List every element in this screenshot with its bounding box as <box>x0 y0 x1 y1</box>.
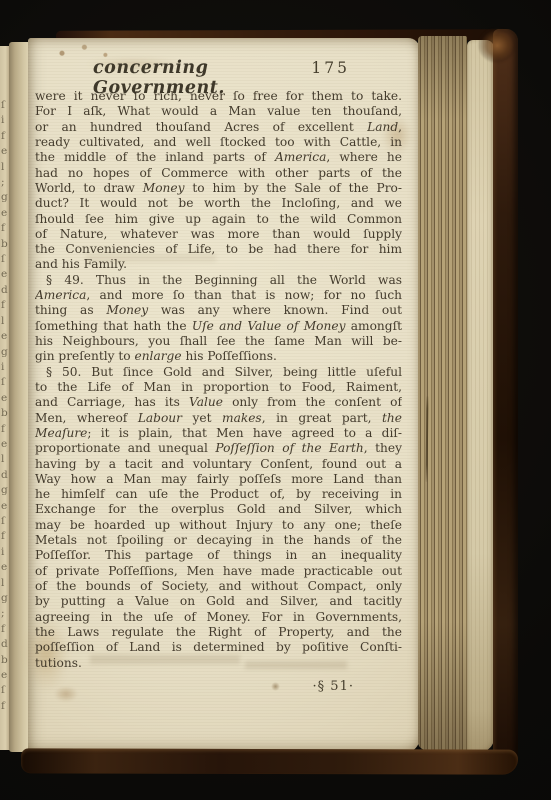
body-lines: were it never ſo rich, never ſo free for… <box>35 89 402 671</box>
book-page: concerning Government. 175 were it never… <box>28 38 420 753</box>
book-photo: ſ i f e l ; g e f b ſ e d f l e g i ſ e … <box>0 0 551 800</box>
text-line: may be hoarded up without Injury to any … <box>35 518 402 533</box>
text-line: World, to draw Money to him by the Sale … <box>35 181 402 196</box>
next-section-mark: ·§ 51· <box>35 679 402 694</box>
page-number: 175 <box>311 59 350 77</box>
text-line: ſhould ſee him give up again to the wild… <box>35 212 402 227</box>
text-line: and his Family. <box>35 257 402 272</box>
text-line: or an hundred thouſand Acres of excellen… <box>35 120 402 135</box>
cover-right-edge <box>493 29 518 773</box>
text-line: having by a tacit and voluntary Conſent,… <box>35 457 402 472</box>
text-line: poſſeſſion of Land is determined by poſi… <box>35 640 402 655</box>
text-line: were it never ſo rich, never ſo free for… <box>35 89 402 104</box>
text-line: by putting a Value on Gold and Silver, a… <box>35 594 402 609</box>
text-line: the Laws regulate the Right of Property,… <box>35 625 402 640</box>
text-line: Meaſure; it is plain, that Men have agre… <box>35 426 402 441</box>
fore-edge-pages <box>418 36 467 750</box>
cover-bottom-edge <box>21 748 518 774</box>
text-line: of Nature, whatever was more than would … <box>35 227 402 242</box>
text-line: tutions. <box>35 656 402 671</box>
text-line: § 49. Thus in the Beginning all the Worl… <box>35 273 402 288</box>
text-line: ſomething that hath the Uſe and Value of… <box>35 319 402 334</box>
text-line: gin preſently to enlarge his Poſſeſſions… <box>35 349 402 364</box>
text-line: to the Life of Man in proportion to Food… <box>35 380 402 395</box>
text-line: the middle of the inland parts of Americ… <box>35 150 402 165</box>
text-line: and Carriage, has its Value only from th… <box>35 395 402 410</box>
text-line: Men, whereof Labour yet makes, in great … <box>35 411 402 426</box>
text-line: America, and more ſo than that is now; f… <box>35 288 402 303</box>
text-line: proportionate and unequal Poſſeſſion of … <box>35 441 402 456</box>
text-line: agreeing in the uſe of Money. For in Gov… <box>35 610 402 625</box>
text-line: § 50. But ſince Gold and Silver, being l… <box>35 365 402 380</box>
text-line: ready cultivated, and well ſtocked too w… <box>35 135 402 150</box>
text-line: of private Poſſeſſions, Men have made pr… <box>35 564 402 579</box>
text-line: duct? It would not be worth the Incloſin… <box>35 196 402 211</box>
text-block: concerning Government. 175 were it never… <box>35 58 402 694</box>
text-line: Exchange for the overplus Gold and Silve… <box>35 502 402 517</box>
text-line: had no hopes of Commerce with other part… <box>35 166 402 181</box>
text-line: his Neighbours, you ſhall ſee the ſame M… <box>35 334 402 349</box>
page-header: concerning Government. 175 <box>35 58 402 84</box>
text-line: Metals not ſpoiling or decaying in the h… <box>35 533 402 548</box>
cover-corner <box>473 27 517 73</box>
text-line: Way how a Man may fairly poſſeſs more La… <box>35 472 402 487</box>
text-line: of the bounds of Society, and without Co… <box>35 579 402 594</box>
outer-page-edge <box>467 40 494 752</box>
text-line: he himſelf can uſe the Product of, by re… <box>35 487 402 502</box>
text-line: Poſſeſſor. This partage of things in an … <box>35 548 402 563</box>
text-line: thing as Money was any where known. Find… <box>35 303 402 318</box>
text-line: the Conveniencies of Life, to be had the… <box>35 242 402 257</box>
text-line: For I aſk, What would a Man value ten th… <box>35 104 402 119</box>
gutter-shadow <box>9 42 30 752</box>
